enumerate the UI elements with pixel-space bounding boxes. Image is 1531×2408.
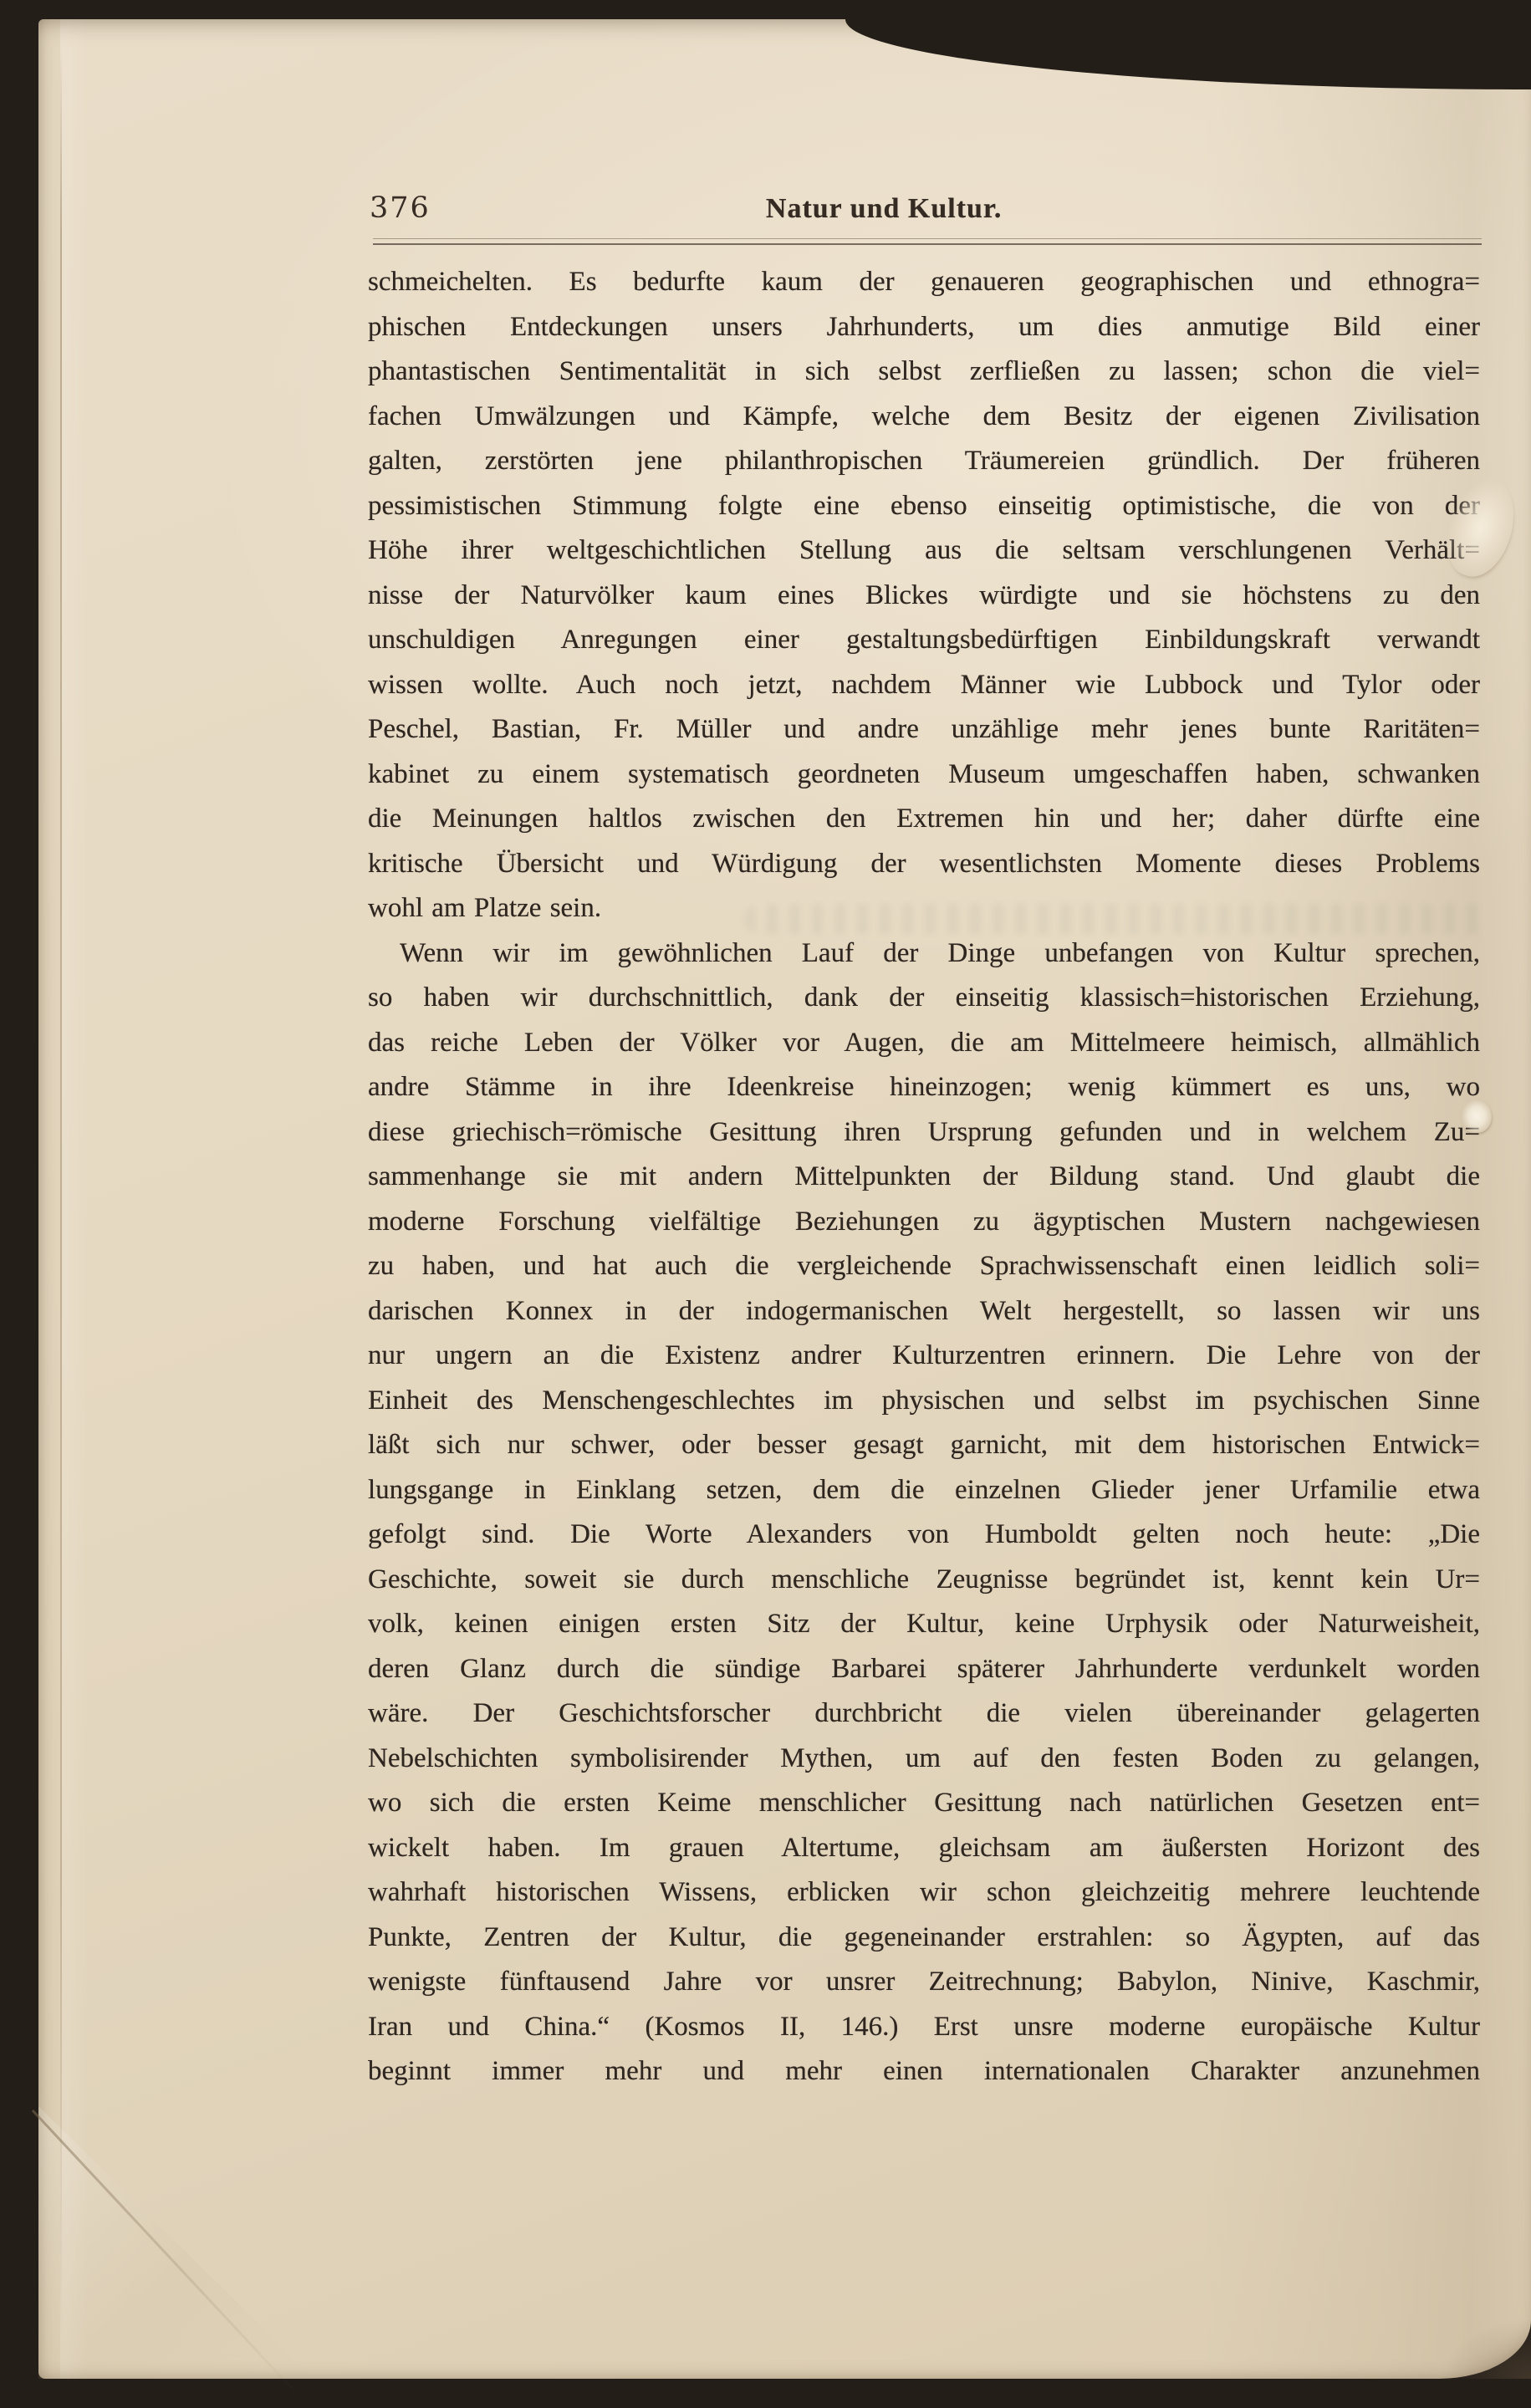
text-line: wenigste fünftausend Jahre vor unsrer Ze… [368, 1960, 1480, 2005]
page-paper: 376 Natur und Kultur. schmeichelten. Es … [38, 19, 1531, 2379]
text-line: lungsgange in Einklang setzen, dem die e… [368, 1468, 1480, 1513]
text-line: kabinet zu einem systematisch geordneten… [368, 752, 1480, 798]
text-line: gefolgt sind. Die Worte Alexanders von H… [368, 1513, 1480, 1558]
page-fore-edge-line [60, 48, 62, 2342]
text-line: Wenn wir im gewöhnlichen Lauf der Dinge … [368, 931, 1480, 977]
show-through-smudge [744, 904, 1488, 934]
text-line: wäre. Der Geschichtsforscher durchbricht… [368, 1691, 1480, 1737]
text-line: das reiche Leben der Völker vor Augen, d… [368, 1021, 1480, 1066]
text-line: beginnt immer mehr und mehr einen intern… [368, 2049, 1480, 2094]
text-line: schmeichelten. Es bedurfte kaum der gena… [368, 260, 1480, 305]
text-line: wissen wollte. Auch noch jetzt, nachdem … [368, 663, 1480, 708]
text-line: nur ungern an die Existenz andrer Kultur… [368, 1334, 1480, 1379]
text-line: die Meinungen haltlos zwischen den Extre… [368, 797, 1480, 842]
text-line: diese griechisch=römische Gesittung ihre… [368, 1110, 1480, 1156]
text-line: Einheit des Menschengeschlechtes im phys… [368, 1379, 1480, 1424]
header-rule [373, 238, 1482, 245]
scanned-book-page: 376 Natur und Kultur. schmeichelten. Es … [0, 0, 1531, 2408]
text-line: moderne Forschung vielfältige Beziehunge… [368, 1200, 1480, 1245]
text-line: phantastischen Sentimentalität in sich s… [368, 349, 1480, 395]
text-line: volk, keinen einigen ersten Sitz der Kul… [368, 1602, 1480, 1647]
text-line: Iran und China.“ (Kosmos II, 146.) Erst … [368, 2005, 1480, 2050]
text-line: Punkte, Zentren der Kultur, die gegenein… [368, 1916, 1480, 1961]
paper-chip-blemish [1462, 1099, 1492, 1133]
text-line: andre Stämme in ihre Ideenkreise hineinz… [368, 1065, 1480, 1110]
text-line: kritische Übersicht und Würdigung der we… [368, 842, 1480, 887]
text-line: Peschel, Bastian, Fr. Müller und andre u… [368, 707, 1480, 752]
text-line: sammenhange sie mit andern Mittelpunkten… [368, 1155, 1480, 1200]
text-line: wahrhaft historischen Wissens, erblicken… [368, 1870, 1480, 1916]
text-line: läßt sich nur schwer, oder besser gesagt… [368, 1423, 1480, 1468]
running-header: Natur und Kultur. [766, 193, 1003, 225]
text-line: so haben wir durchschnittlich, dank der … [368, 976, 1480, 1021]
body-text: schmeichelten. Es bedurfte kaum der gena… [368, 260, 1480, 2094]
text-line: zu haben, und hat auch die vergleichende… [368, 1244, 1480, 1289]
text-line: Geschichte, soweit sie durch menschliche… [368, 1558, 1480, 1603]
text-line: galten, zerstörten jene philanthropische… [368, 439, 1480, 484]
text-line: pessimistischen Stimmung folgte eine ebe… [368, 484, 1480, 529]
text-line: darischen Konnex in der indogermanischen… [368, 1289, 1480, 1334]
text-line: wo sich die ersten Keime menschlicher Ge… [368, 1781, 1480, 1826]
text-line: fachen Umwälzungen und Kämpfe, welche de… [368, 395, 1480, 440]
text-line: Nebelschichten symbolisirender Mythen, u… [368, 1737, 1480, 1782]
text-line: phischen Entdeckungen unsers Jahrhundert… [368, 305, 1480, 350]
page-number: 376 [370, 191, 431, 225]
text-line: nisse der Naturvölker kaum eines Blickes… [368, 574, 1480, 619]
corner-crease-shade [38, 2106, 314, 2379]
text-line: Höhe ihrer weltgeschichtlichen Stellung … [368, 528, 1480, 574]
corner-curl-shadow [1347, 2253, 1531, 2379]
text-line: deren Glanz durch die sündige Barbarei s… [368, 1647, 1480, 1692]
text-line: unschuldigen Anregungen einer gestaltung… [368, 618, 1480, 663]
text-line: wickelt haben. Im grauen Altertume, glei… [368, 1826, 1480, 1871]
